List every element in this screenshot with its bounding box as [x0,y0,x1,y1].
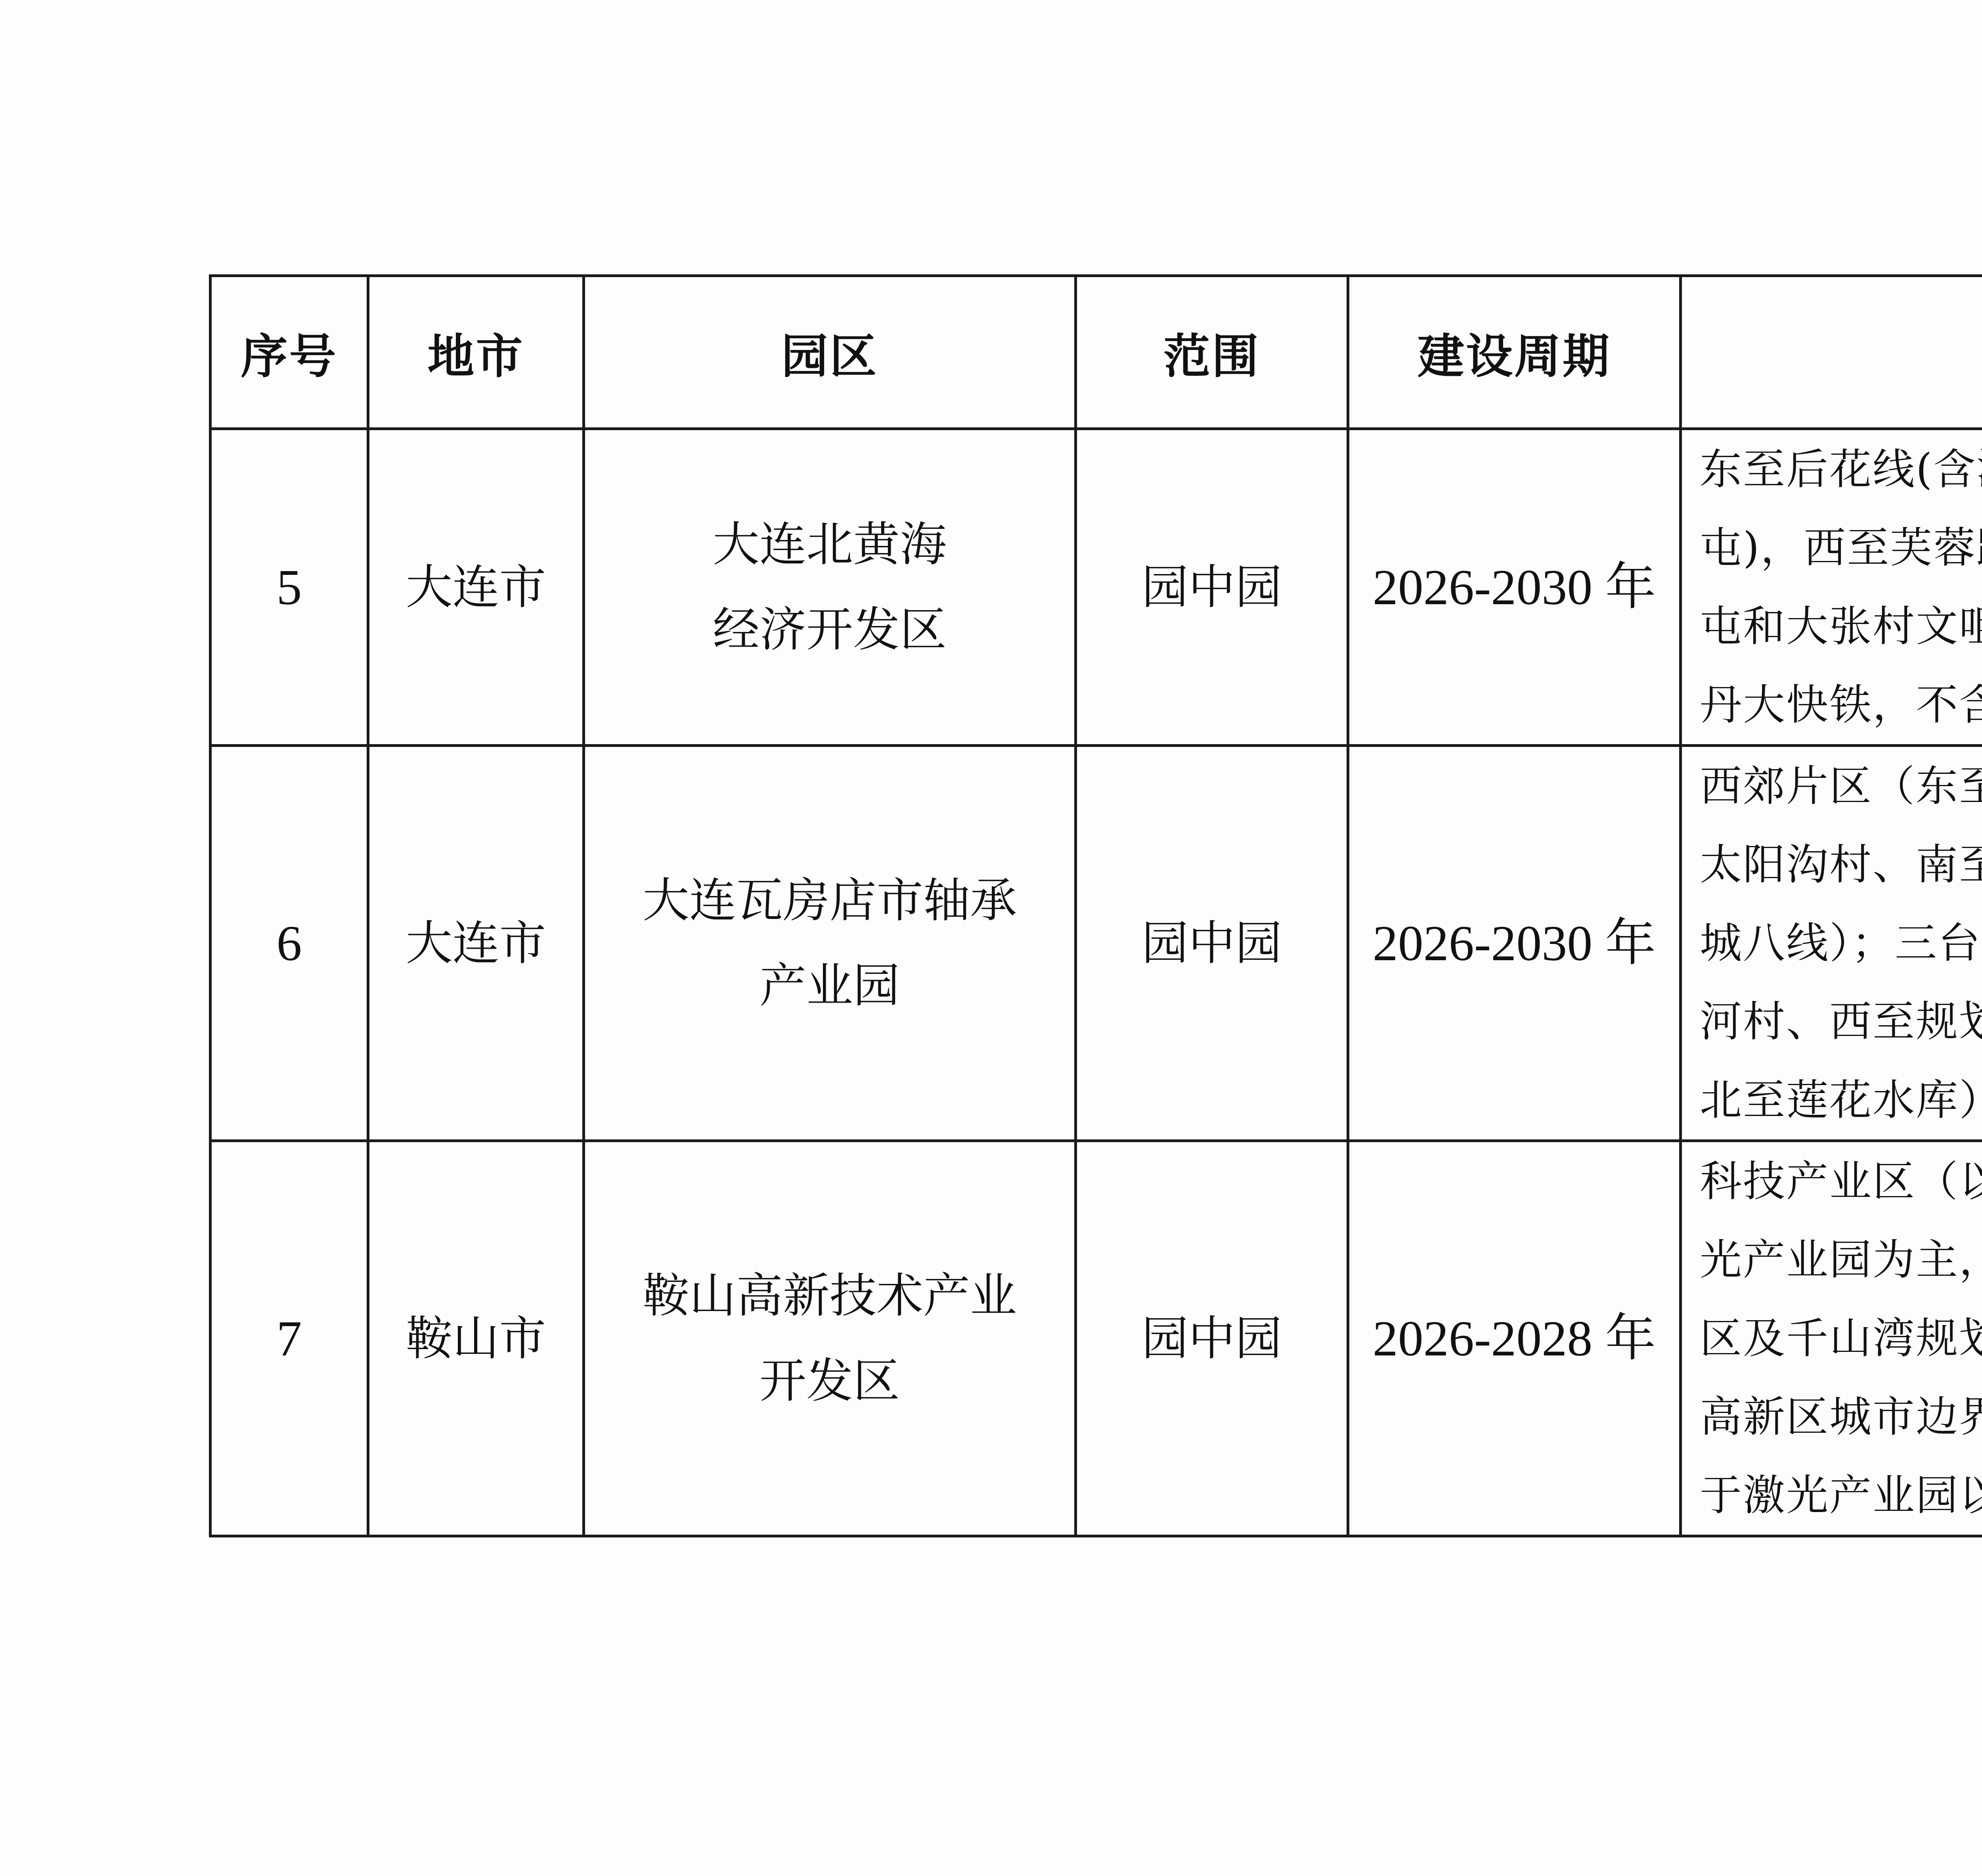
table-header-row: 序号 地市 园区 范围 建设周期 备注 [210,276,1982,429]
park-name-line: 经济开发区 [585,587,1074,672]
document-page: 序号 地市 园区 范围 建设周期 备注 5 大连市 大连北黄海 经济开发区 园中… [0,0,1982,1876]
cell-city: 大连市 [368,746,584,1141]
park-name-line: 大连瓦房店市轴承 [585,858,1074,943]
cell-city: 大连市 [368,429,584,746]
cell-scope: 园中园 [1076,429,1348,746]
remark-line: 屯和大张村文咀屯)，南至海岸线，北至 [1700,587,1982,666]
remark-line: 区及千山湾规划区域）；矿山产业区（以 [1700,1299,1982,1378]
cell-index: 7 [210,1141,368,1536]
remark-line: 太阳沟村、南至九龙街道吴店村、北至 [1700,825,1982,904]
cell-period: 2026-2030 年 [1348,746,1681,1141]
header-city: 地市 [368,276,584,429]
remark-line: 河村、西至规划一纵路、南至复州河、 [1700,982,1982,1061]
remark-line: 科技产业区（以鞍山高新区已建成的激 [1700,1142,1982,1221]
table-row: 7 鞍山市 鞍山高新技术产业 开发区 园中园 2026-2028 年 科技产业区… [210,1141,1982,1536]
header-scope: 范围 [1076,276,1348,429]
cell-period: 2026-2028 年 [1348,1141,1681,1536]
cell-park: 大连北黄海 经济开发区 [584,429,1076,746]
industrial-park-table: 序号 地市 园区 范围 建设周期 备注 5 大连市 大连北黄海 经济开发区 园中… [209,274,1982,1537]
cell-scope: 园中园 [1076,1141,1348,1536]
park-name-line: 鞍山高新技术产业 [585,1253,1074,1338]
cell-park: 大连瓦房店市轴承 产业园 [584,746,1076,1141]
cell-park: 鞍山高新技术产业 开发区 [584,1141,1076,1536]
header-index: 序号 [210,276,368,429]
header-period: 建设周期 [1348,276,1681,429]
cell-remark: 西郊片区（东至饮牛湾、西至岗店街道 太阳沟村、南至九龙街道吴店村、北至 城八线）… [1681,746,1982,1141]
park-name-line: 产业园 [585,943,1074,1028]
table-row: 6 大连市 大连瓦房店市轴承 产业园 园中园 2026-2030 年 西郊片区（… [210,746,1982,1141]
cell-index: 5 [210,429,368,746]
remark-line: 城八线）；三台片区（东至仙浴湾镇大 [1700,904,1982,982]
park-name-line: 开发区 [585,1338,1074,1424]
cell-remark: 科技产业区（以鞍山高新区已建成的激 光产业园为主，包含齐大山的产业起步 区及千山… [1681,1141,1982,1536]
remark-line: 北至莲花水库） [1700,1061,1982,1139]
remark-line: 丹大快铁，不含园内大连轮胎有限公司 [1700,666,1982,744]
header-remark: 备注 [1681,276,1982,429]
park-name-line: 大连北黄海 [585,502,1074,587]
remark-line: 高新区城市边界外得矿山用地为主，位 [1700,1378,1982,1456]
cell-period: 2026-2030 年 [1348,429,1681,746]
cell-remark: 东至后花线(含滨海路以南花园口村各 屯)，西至芙蓉路(含芙蓉路以西永增村各 屯和… [1681,429,1982,746]
remark-line: 于激光产业园以东、千山中路以北） [1700,1456,1982,1535]
table-row: 5 大连市 大连北黄海 经济开发区 园中园 2026-2030 年 东至后花线(… [210,429,1982,746]
header-park: 园区 [584,276,1076,429]
remark-line: 光产业园为主，包含齐大山的产业起步 [1700,1221,1982,1299]
cell-index: 6 [210,746,368,1141]
remark-line: 西郊片区（东至饮牛湾、西至岗店街道 [1700,747,1982,825]
cell-city: 鞍山市 [368,1141,584,1536]
remark-line: 屯)，西至芙蓉路(含芙蓉路以西永增村各 [1700,509,1982,587]
remark-line: 东至后花线(含滨海路以南花园口村各 [1700,430,1982,509]
cell-scope: 园中园 [1076,746,1348,1141]
